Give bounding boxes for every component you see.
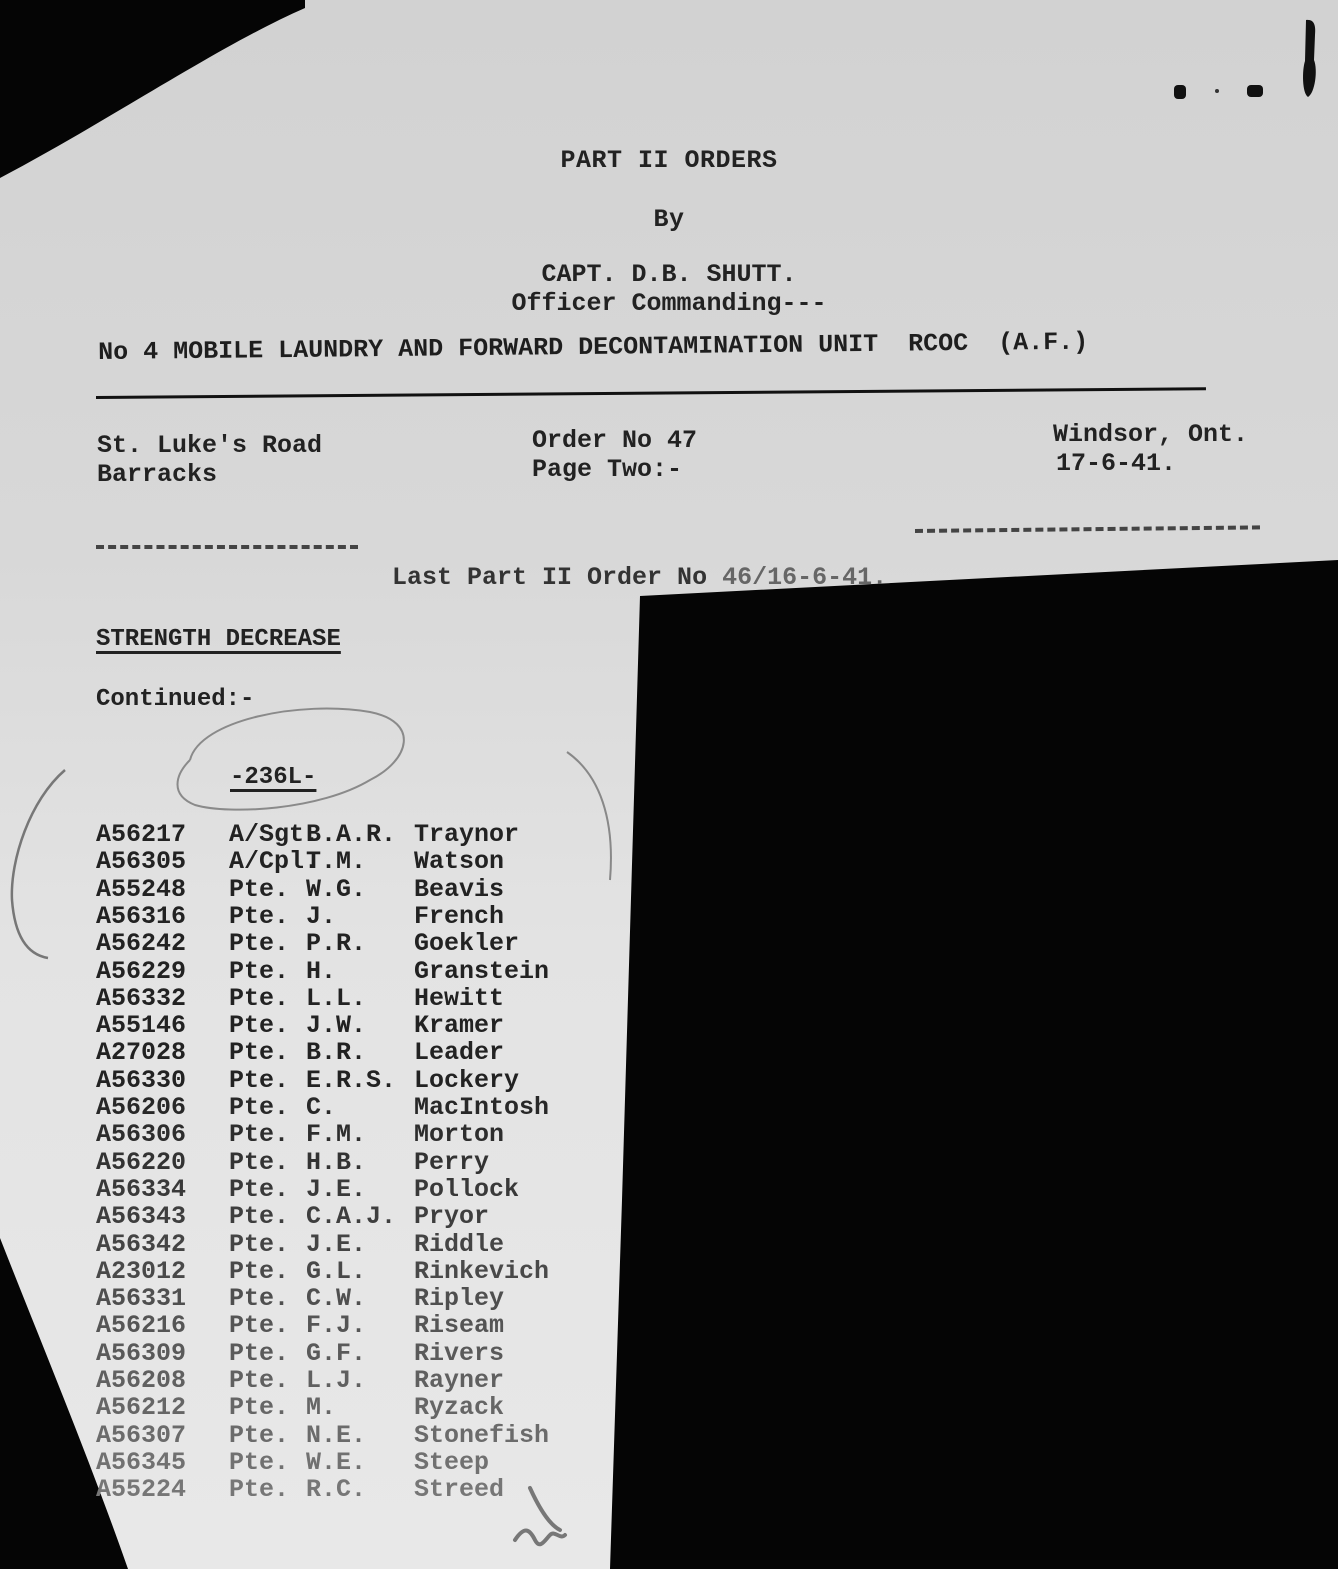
surname: Pollock [414,1175,519,1204]
surname: Streed [414,1475,504,1504]
service-number: A56309 [96,1339,186,1368]
service-number: A56206 [96,1093,186,1122]
initials: T.M. [306,847,366,876]
initials: J.W. [306,1011,366,1040]
service-number: A56216 [96,1311,186,1340]
initials: J. [306,902,336,931]
service-number: A56334 [96,1175,186,1204]
service-number: A56343 [96,1202,186,1231]
initials: G.F. [306,1339,366,1368]
surname: Rinkevich [414,1257,549,1286]
rank: Pte. [229,1448,289,1477]
service-number: A56208 [96,1366,186,1395]
section-code: -236L- [230,766,316,790]
rank: Pte. [229,957,289,986]
rank: Pte. [229,1066,289,1095]
rank: Pte. [229,875,289,904]
service-number: A55146 [96,1011,186,1040]
surname: Rivers [414,1339,504,1368]
initials: F.J. [306,1311,366,1340]
surname: Ripley [414,1284,504,1313]
rank: Pte. [229,1120,289,1149]
surname: Rayner [414,1366,504,1395]
surname: Riddle [414,1230,504,1259]
service-number: A56305 [96,847,186,876]
location-line2: Barracks [97,460,217,489]
initials: N.E. [306,1421,366,1450]
service-number: A27028 [96,1038,186,1067]
surname: Granstein [414,957,549,986]
rank: Pte. [229,1393,289,1422]
initials: B.A.R. [306,820,396,849]
initials: C.A.J. [306,1202,396,1231]
paper-page [0,0,1338,1569]
surname: Perry [414,1148,489,1177]
initials: J.E. [306,1175,366,1204]
service-number: A56217 [96,820,186,849]
surname: Stonefish [414,1421,549,1450]
date: 17-6-41. [1056,449,1176,478]
continued-label: Continued:- [96,688,254,712]
service-number: A56307 [96,1421,186,1450]
service-number: A55224 [96,1475,186,1504]
order-number: Order No 47 [532,426,697,455]
rank: Pte. [229,984,289,1013]
surname: Traynor [414,820,519,849]
surname: Steep [414,1448,489,1477]
service-number: A56345 [96,1448,186,1477]
section-title: STRENGTH DECREASE [96,628,341,652]
surname: Riseam [414,1311,504,1340]
service-number: A56316 [96,902,186,931]
service-number: A56306 [96,1120,186,1149]
service-number: A56332 [96,984,186,1013]
initials: B.R. [306,1038,366,1067]
by-line: By [0,207,1338,232]
service-number: A56229 [96,957,186,986]
rank: Pte. [229,1257,289,1286]
surname: Leader [414,1038,504,1067]
surname: Hewitt [414,984,504,1013]
punch-marks [1170,15,1330,105]
last-order-prefix: Last Part II Order No [392,563,722,592]
initials: P.R. [306,929,366,958]
surname: Pryor [414,1202,489,1231]
initials: W.E. [306,1448,366,1477]
initials: M. [306,1393,336,1422]
surname: MacIntosh [414,1093,549,1122]
service-number: A56330 [96,1066,186,1095]
initials: G.L. [306,1257,366,1286]
rank: Pte. [229,1366,289,1395]
surname: Kramer [414,1011,504,1040]
initials: H. [306,957,336,986]
initials: E.R.S. [306,1066,396,1095]
surname: French [414,902,504,931]
rank: Pte. [229,1475,289,1504]
rank: Pte. [229,1230,289,1259]
rank: Pte. [229,1339,289,1368]
location-line1: St. Luke's Road [97,431,322,460]
surname: Lockery [414,1066,519,1095]
rank: Pte. [229,902,289,931]
last-order-value: 46/16-6-41. [722,563,887,592]
place: Windsor, Ont. [1053,420,1248,449]
commander-role: Officer Commanding--- [0,291,1338,316]
service-number: A56331 [96,1284,186,1313]
initials: C.W. [306,1284,366,1313]
initials: R.C. [306,1475,366,1504]
surname: Beavis [414,875,504,904]
rank: Pte. [229,1148,289,1177]
service-number: A56212 [96,1393,186,1422]
last-order-reference: Last Part II Order No 46/16-6-41. [362,540,887,590]
rank: Pte. [229,1011,289,1040]
service-number: A56342 [96,1230,186,1259]
service-number: A55248 [96,875,186,904]
rank: Pte. [229,1202,289,1231]
rank: Pte. [229,1284,289,1313]
service-number: A23012 [96,1257,186,1286]
initials: C. [306,1093,336,1122]
rank: Pte. [229,1038,289,1067]
page-number: Page Two:- [532,455,682,484]
initials: J.E. [306,1230,366,1259]
surname: Morton [414,1120,504,1149]
rank: Pte. [229,1093,289,1122]
service-number: A56220 [96,1148,186,1177]
initials: F.M. [306,1120,366,1149]
surname: Watson [414,847,504,876]
initials: L.L. [306,984,366,1013]
rank: Pte. [229,1175,289,1204]
rank: Pte. [229,1311,289,1340]
service-number: A56242 [96,929,186,958]
initials: H.B. [306,1148,366,1177]
surname: Goekler [414,929,519,958]
rank: Pte. [229,929,289,958]
commander-name: CAPT. D.B. SHUTT. [0,262,1338,287]
initials: W.G. [306,875,366,904]
rank: Pte. [229,1421,289,1450]
surname: Ryzack [414,1393,504,1422]
dashed-divider-left [96,545,358,549]
initials: L.J. [306,1366,366,1395]
document-title: PART II ORDERS [0,148,1338,173]
